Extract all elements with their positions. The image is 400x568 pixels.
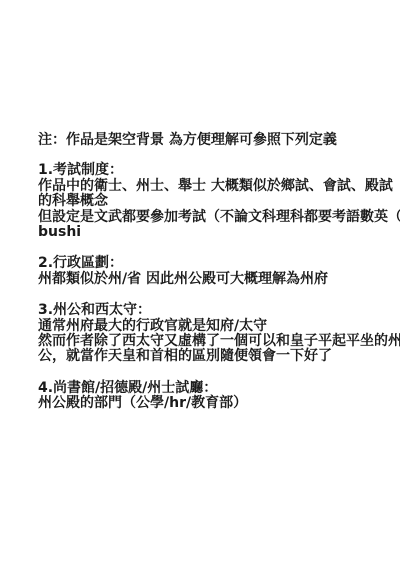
section-text-line: 作品中的衛士、州士、舉士 大概類似於鄉試、會試、殿試 [38,179,376,194]
section-title: 3.州公和西太守： [38,303,376,318]
annotation-note: 注：作品是架空背景 為方便理解可參照下列定義 1.考試制度： 作品中的衛士、州士… [38,133,376,412]
section-title: 4.尚書館/招德殿/州士試廳： [38,381,376,396]
section-text-line: 公，就當作天皇和首相的區別隨便領會一下好了 [38,349,376,364]
section-zhougong-xitaishou: 3.州公和西太守： 通常州府最大的行政官就是知府/太守 然而作者除了西太守又虛構… [38,303,376,365]
section-text-line: 通常州府最大的行政官就是知府/太守 [38,319,376,334]
section-title: 1.考試制度： [38,163,376,178]
section-text-line: 但設定是文武都要參加考試（不論文科理科都要考語數英（ [38,210,376,225]
section-exam-system: 1.考試制度： 作品中的衛士、州士、舉士 大概類似於鄉試、會試、殿試 的科舉概念… [38,163,376,240]
note-page: 注：作品是架空背景 為方便理解可參照下列定義 1.考試制度： 作品中的衛士、州士… [0,0,400,568]
section-text-line: 的科舉概念 [38,194,376,209]
section-shangshuguan: 4.尚書館/招德殿/州士試廳： 州公殿的部門（公學/hr/教育部） [38,381,376,412]
note-header: 注：作品是架空背景 為方便理解可參照下列定義 [38,133,376,148]
section-text-line: 州公殿的部門（公學/hr/教育部） [38,396,376,411]
section-administrative-divisions: 2.行政區劃： 州都類似於州/省 因此州公殿可大概理解為州府 [38,256,376,287]
section-text-line: 州都類似於州/省 因此州公殿可大概理解為州府 [38,272,376,287]
section-text-line: bushi [38,225,376,240]
section-title: 2.行政區劃： [38,256,376,271]
